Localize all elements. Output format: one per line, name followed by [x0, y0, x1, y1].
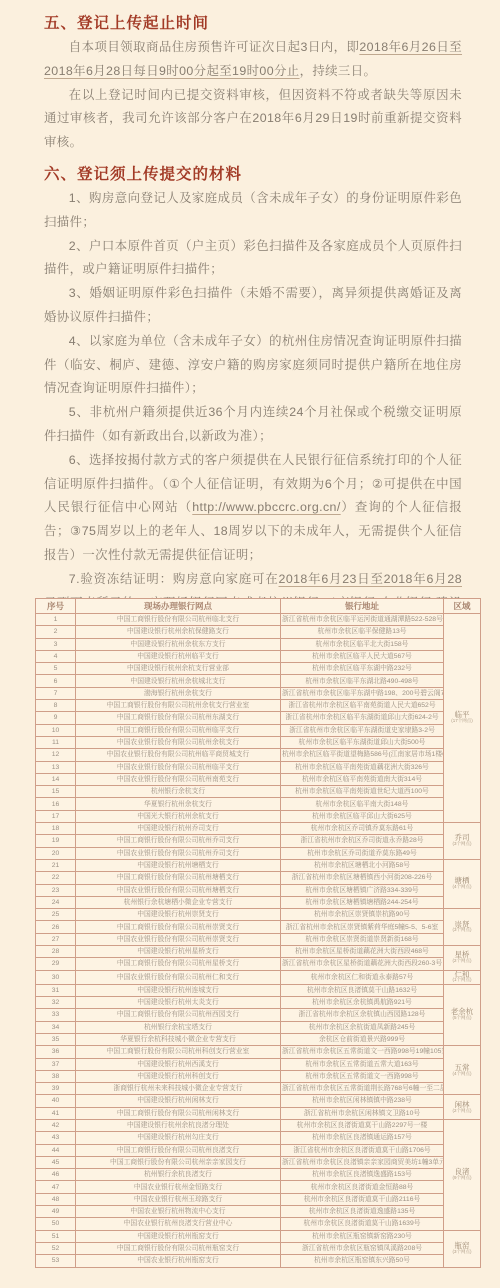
table-row: 12中国农业银行股份有限公司杭州临平商贸城支行杭州市余杭区临平街道望梅路586号…: [36, 749, 481, 761]
bank-name-cell: 杭州银行余杭支行: [76, 786, 281, 798]
row-index-cell: 25: [36, 909, 76, 921]
bank-name-cell: 中国建设银行杭州余杭东方支行: [76, 638, 281, 650]
material-item: 5、非杭州户籍须提供近36个月内连续24个月社保或个税缴交证明原件扫描件（如有新…: [44, 401, 462, 449]
bank-name-cell: 中国农业银行股份有限公司杭州余杭支行: [76, 736, 281, 748]
row-index-cell: 48: [36, 1193, 76, 1205]
bank-address-cell: 浙江省杭州市余杭区瓶窑镇凤溪路208号: [281, 1242, 444, 1254]
row-index-cell: 13: [36, 761, 76, 773]
table-row: 51中国建设银行杭州瓶窑支行杭州市余杭区瓶窑镇新窑路230号瓶窑(3个网点): [36, 1230, 481, 1242]
bank-address-cell: 浙江省杭州市余杭区五常街道荆长路768号6幢一至二层: [281, 1083, 444, 1095]
row-index-cell: 32: [36, 997, 76, 1009]
bank-name-cell: 中国建设银行杭州临平支行: [76, 650, 281, 662]
region-cell: 崇贤(3个网点): [444, 909, 481, 946]
header-row: 序号现场办理银行网点银行地址区域: [36, 599, 481, 614]
bank-name-cell: 中国农业银行杭州物流中心支行: [76, 1206, 281, 1218]
bank-address-cell: 杭州市余杭区临平北大街158号: [281, 638, 444, 650]
bank-address-cell: 杭州市余杭区临平街道望梅路586号(江南家居市场1楼C区): [281, 749, 444, 761]
bank-address-cell: 杭州市余杭区临平东湖中路232号: [281, 663, 444, 675]
region-count: (2个网点): [447, 959, 478, 964]
region-count: (17个网点): [447, 720, 478, 725]
bank-address-cell: 杭州市余杭区临平保健路13号: [281, 626, 444, 638]
bank-address-cell: 杭州市余杭区临平人民大道567号: [281, 650, 444, 662]
row-index-cell: 14: [36, 773, 76, 785]
bank-name-cell: 杭州银行余杭塘栖小微企业专营支行: [76, 896, 281, 908]
row-index-cell: 6: [36, 675, 76, 687]
bank-name-cell: 浙商银行杭州未来科技城小微企业专营支行: [76, 1083, 281, 1095]
row-index-cell: 8: [36, 700, 76, 712]
bank-name-cell: 中国建设银行杭州太炎支行: [76, 997, 281, 1009]
text-segment: 4、以家庭为单位（含未成年子女）的杭州住房情况查询证明原件扫描件（临安、桐庐、建…: [44, 334, 462, 396]
bank-address-cell: 浙江省杭州市余杭区塘栖镇西小河街208-226号: [281, 872, 444, 884]
bank-address-cell: 杭州市余杭区塘栖镇广济路334-339号: [281, 884, 444, 896]
table-row: 18中国建设银行杭州乔司支行杭州市余杭区乔司镇乔莫东路61号乔司(3个网点): [36, 823, 481, 835]
bank-address-cell: 杭州市余杭区闲林镇镇中路238号: [281, 1095, 444, 1107]
region-count: (1个网点): [447, 979, 478, 984]
bank-address-cell: 杭州市余杭区临平东湖街道邱山大街500号: [281, 736, 444, 748]
text-segment: 2、户口本原件首页（户主页）彩色扫描件及各家庭成员个人页原件扫描件，或户籍证明原…: [44, 239, 462, 277]
row-index-cell: 43: [36, 1132, 76, 1144]
bank-name-cell: 中国建设银行杭州崇贤支行: [76, 909, 281, 921]
table-row: 35华夏银行余杭科技城小微企业专营支行余杭区仓前街道景兴路999号: [36, 1033, 481, 1045]
bank-name-cell: 华夏银行杭州余杭支行: [76, 798, 281, 810]
material-item: 1、购房意向登记人及家庭成员（含未成年子女）的身份证明原件彩色扫描件；: [44, 187, 462, 235]
bank-name-cell: 中国农业银行杭州良渚支行营业中心: [76, 1218, 281, 1230]
table-row: 53中国农业银行杭州瓶窑支行杭州市余杭区瓶窑镇东兴路50号: [36, 1255, 481, 1267]
bank-name-cell: 中国建设银行杭州塘栖支行: [76, 859, 281, 871]
column-header: 银行地址: [281, 599, 444, 614]
row-index-cell: 53: [36, 1255, 76, 1267]
table-row: 20中国农业银行股份有限公司杭州乔司支行杭州市余杭区乔司街道乔莫东路49号: [36, 847, 481, 859]
region-count: (2个网点): [447, 1109, 478, 1114]
bank-address-cell: 杭州市余杭区临平南大街148号: [281, 798, 444, 810]
bank-table-header: 序号现场办理银行网点银行地址区域: [36, 599, 481, 614]
bank-name-cell: 华夏银行余杭科技城小微企业专营支行: [76, 1033, 281, 1045]
bank-address-cell: 杭州市余杭区临平邱山大街625号: [281, 810, 444, 822]
bank-name-cell: 中国农业银行杭州玉琮路支行: [76, 1193, 281, 1205]
material-item: 2、户口本原件首页（户主页）彩色扫描件及各家庭成员个人页原件扫描件，或户籍证明原…: [44, 235, 462, 283]
table-row: 31中国建设银行杭州连城支行杭州市余杭区良渚镇莫干山路1632号老余杭(5个网点…: [36, 984, 481, 996]
region-label: 闲林: [445, 1101, 479, 1109]
bank-address-cell: 浙江省杭州市余杭区临平东湖街道邱山大街624-2号: [281, 712, 444, 724]
section5-title: 五、登记上传起止时间: [44, 11, 462, 33]
bank-address-cell: 杭州市余杭区良渚镇逸盛路153号: [281, 1169, 444, 1181]
table-row: 44中国工商银行股份有限公司杭州良渚支行浙江省杭州市余杭区良渚街道莫干山路170…: [36, 1144, 481, 1156]
row-index-cell: 22: [36, 872, 76, 884]
table-row: 38中国建设银行杭州科创支行杭州市余杭区五常街道文一西路998号: [36, 1070, 481, 1082]
text-segment: ，持续三日。: [300, 64, 377, 78]
bank-name-cell: 中国工商银行股份有限公司杭州瓶窑支行: [76, 1242, 281, 1254]
bank-address-cell: 杭州市余杭区良渚街道逸盛路135号: [281, 1206, 444, 1218]
row-index-cell: 50: [36, 1218, 76, 1230]
row-index-cell: 19: [36, 835, 76, 847]
row-index-cell: 31: [36, 984, 76, 996]
row-index-cell: 30: [36, 970, 76, 984]
bank-address-cell: 余杭区仓前街道景兴路999号: [281, 1033, 444, 1045]
bank-address-cell: 杭州市余杭区余杭镇禹航路921号: [281, 997, 444, 1009]
bank-name-cell: 中国建设银行杭州西溪支行: [76, 1058, 281, 1070]
table-row: 26中国工商银行股份有限公司杭州崇贤支行浙江省杭州市余杭区崇贤镇紫荷华庭5幢5-…: [36, 921, 481, 933]
region-count: (5个网点): [447, 1017, 478, 1022]
table-row: 4中国建设银行杭州临平支行杭州市余杭区临平人民大道567号: [36, 650, 481, 662]
region-count: (4个网点): [447, 1072, 478, 1077]
underlined-text: http://www.pbccrc.org.cn/: [192, 500, 340, 514]
row-index-cell: 41: [36, 1107, 76, 1119]
bank-address-cell: 杭州市余杭区星桥街道藕花洲大街西段468号: [281, 946, 444, 958]
row-index-cell: 10: [36, 724, 76, 736]
row-index-cell: 24: [36, 896, 76, 908]
region-cell: 瓶窑(3个网点): [444, 1230, 481, 1267]
table-row: 25中国建设银行杭州崇贤支行杭州市余杭区崇贤镇崇杭路90号崇贤(3个网点): [36, 909, 481, 921]
bank-name-cell: 中国建设银行杭州勾庄支行: [76, 1132, 281, 1144]
bank-name-cell: 中国工商银行股份有限公司杭州临北支行: [76, 614, 281, 626]
bank-name-cell: 中国农业银行股份有限公司杭州崇贤支行: [76, 933, 281, 945]
bank-address-cell: 杭州市余杭区良渚街道莫干山路1639号: [281, 1218, 444, 1230]
bank-address-cell: 浙江省杭州市余杭区临平东湖中路198、200号碧云阁7幢一层: [281, 687, 444, 699]
row-index-cell: 36: [36, 1046, 76, 1058]
table-row: 29中国工商银行股份有限公司杭州星桥支行浙江省杭州市余杭区星桥街道藕花洲大街西段…: [36, 958, 481, 970]
row-index-cell: 44: [36, 1144, 76, 1156]
text-segment: 1、购房意向登记人及家庭成员（含未成年子女）的身份证明原件彩色扫描件；: [44, 191, 462, 229]
region-count: (3个网点): [447, 843, 478, 848]
bank-name-cell: 中国农业银行杭州瓶窑支行: [76, 1255, 281, 1267]
bank-address-cell: 浙江省杭州市余杭区余杭镇山西园路128号: [281, 1009, 444, 1021]
bank-address-cell: 杭州市余杭区乔司街道乔莫东路49号: [281, 847, 444, 859]
bank-name-cell: 中国工商银行股份有限公司杭州乔司支行: [76, 835, 281, 847]
bank-name-cell: 中国建设银行杭州乔司支行: [76, 823, 281, 835]
bank-name-cell: 杭州银行余杭良渚支行: [76, 1169, 281, 1181]
bank-name-cell: 中国建设银行杭州连城支行: [76, 984, 281, 996]
table-row: 11中国农业银行股份有限公司杭州余杭支行杭州市余杭区临平东湖街道邱山大街500号: [36, 736, 481, 748]
bank-name-cell: 中国工商银行股份有限公司杭州余杭支行营业室: [76, 700, 281, 712]
region-cell: 乔司(3个网点): [444, 823, 481, 860]
row-index-cell: 1: [36, 614, 76, 626]
row-index-cell: 5: [36, 663, 76, 675]
bank-name-cell: 杭州银行余杭宝塔支行: [76, 1021, 281, 1033]
row-index-cell: 29: [36, 958, 76, 970]
region-cell: 老余杭(5个网点): [444, 984, 481, 1045]
row-index-cell: 38: [36, 1070, 76, 1082]
table-row: 34杭州银行余杭宝塔支行杭州市余杭区余杭街道凤新路245号: [36, 1021, 481, 1033]
bank-address-cell: 杭州市余杭区良渚镇莫干山路1632号: [281, 984, 444, 996]
region-count: (9个网点): [447, 1176, 478, 1181]
row-index-cell: 20: [36, 847, 76, 859]
row-index-cell: 3: [36, 638, 76, 650]
bank-name-cell: 中国工商银行股份有限公司杭州星桥支行: [76, 958, 281, 970]
bank-name-cell: 中国工商银行股份有限公司杭州临平支行: [76, 724, 281, 736]
text-segment: 5、非杭州户籍须提供近36个月内连续24个月社保或个税缴交证明原件扫描件（如有新…: [44, 405, 462, 443]
region-count: (3个网点): [447, 1250, 478, 1255]
row-index-cell: 26: [36, 921, 76, 933]
bank-address-cell: 浙江省杭州市余杭区五常街道文一西路998号19幢105室: [281, 1046, 444, 1058]
row-index-cell: 17: [36, 810, 76, 822]
table-row: 46杭州银行余杭良渚支行杭州市余杭区良渚镇逸盛路153号: [36, 1169, 481, 1181]
table-row: 8中国工商银行股份有限公司杭州余杭支行营业室浙江省杭州市余杭区临平南苑街道人民大…: [36, 700, 481, 712]
text-segment: 自本项目领取商品住房预售许可证次日起3日内，即: [69, 40, 360, 54]
bank-address-cell: 浙江省杭州市余杭区崇贤镇紫荷华庭5幢5-5、5-6室: [281, 921, 444, 933]
region-count: (4个网点): [447, 886, 478, 891]
table-row: 6中国建设银行杭州余杭城北支行杭州市余杭区临平东湖北路490-498号: [36, 675, 481, 687]
row-index-cell: 52: [36, 1242, 76, 1254]
bank-name-cell: 中国建设银行杭州闲林支行: [76, 1095, 281, 1107]
text-segment: 3、婚姻证明原件彩色扫描件（未婚不需要），离异须提供离婚证及离婚协议原件扫描件；: [44, 286, 462, 324]
table-row: 28中国建设银行杭州星桥支行杭州市余杭区星桥街道藕花洲大街西段468号星桥(2个…: [36, 946, 481, 958]
bank-name-cell: 中国农业银行杭州金恒路支行: [76, 1181, 281, 1193]
table-row: 45中国工商银行股份有限公司杭州亲亲家园支行浙江省杭州市余杭区良渚镇亲亲家园商贸…: [36, 1156, 481, 1168]
row-index-cell: 27: [36, 933, 76, 945]
bank-name-cell: 中国建设银行杭州余杭良渚分理处: [76, 1120, 281, 1132]
bank-name-cell: 中国建设银行杭州余杭支行营业部: [76, 663, 281, 675]
section5-paragraphs: 自本项目领取商品住房预售许可证次日起3日内，即2018年6月26日至2018年6…: [44, 36, 462, 155]
bank-address-cell: 杭州市余杭区临平南苑街道藕花洲大街326号: [281, 761, 444, 773]
bank-address-cell: 杭州市余杭区临平南苑街道南大街314号: [281, 773, 444, 785]
table-row: 23中国农业银行股份有限公司杭州塘栖支行杭州市余杭区塘栖镇广济路334-339号: [36, 884, 481, 896]
row-index-cell: 9: [36, 712, 76, 724]
bank-address-cell: 杭州市余杭区临平南苑街道世纪大道西100号: [281, 786, 444, 798]
row-index-cell: 2: [36, 626, 76, 638]
bank-address-cell: 杭州市余杭区乔司镇乔莫东路61号: [281, 823, 444, 835]
bank-address-cell: 杭州市余杭区五常街道文一西路998号: [281, 1070, 444, 1082]
row-index-cell: 47: [36, 1181, 76, 1193]
bank-name-cell: 中国光大银行杭州余杭支行: [76, 810, 281, 822]
bank-name-cell: 中国建设银行杭州科创支行: [76, 1070, 281, 1082]
bank-name-cell: 中国农业银行股份有限公司杭州塘栖支行: [76, 884, 281, 896]
region-cell: 塘栖(4个网点): [444, 859, 481, 908]
material-item: 6、选择按揭付款方式的客户须提供在人民银行征信系统打印的个人征信证明原件扫描件。…: [44, 449, 462, 568]
bank-address-cell: 浙江省杭州市余杭区闲林镇文卫路10号: [281, 1107, 444, 1119]
table-row: 27中国农业银行股份有限公司杭州崇贤支行杭州市余杭区崇贤街道崇贤新街168号: [36, 933, 481, 945]
bank-name-cell: 中国建设银行杭州余杭城北支行: [76, 675, 281, 687]
text-segment: 在以上登记时间内已提交资料审核，但因资料不符或者缺失等原因未通过审核者，我司允许…: [44, 88, 462, 150]
bank-table-body: 1中国工商银行股份有限公司杭州临北支行浙江省杭州市余杭区临平运河街道通湖潭路52…: [36, 614, 481, 1268]
column-header: 区域: [444, 599, 481, 614]
table-row: 21中国建设银行杭州塘栖支行杭州市余杭区塘栖北小河路58号塘栖(4个网点): [36, 859, 481, 871]
bank-address-cell: 浙江省杭州市余杭区良渚街道莫干山路1706号: [281, 1144, 444, 1156]
notice-paragraph: 自本项目领取商品住房预售许可证次日起3日内，即2018年6月26日至2018年6…: [44, 36, 462, 84]
bank-name-cell: 中国农业银行股份有限公司杭州南苑支行: [76, 773, 281, 785]
bank-name-cell: 中国建设银行杭州瓶窑支行: [76, 1230, 281, 1242]
table-row: 22中国工商银行股份有限公司杭州塘栖支行浙江省杭州市余杭区塘栖镇西小河街208-…: [36, 872, 481, 884]
row-index-cell: 15: [36, 786, 76, 798]
material-item: 7.验资冻结证明：购房意向家庭可在2018年6月23日至2018年6月28日到下…: [44, 568, 462, 598]
bank-address-cell: 杭州市余杭区良渚街道莫干山路2116号: [281, 1193, 444, 1205]
row-index-cell: 51: [36, 1230, 76, 1242]
text-segment: 7.验资冻结证明：购房意向家庭可在: [69, 572, 279, 586]
row-index-cell: 16: [36, 798, 76, 810]
table-row: 14中国农业银行股份有限公司杭州南苑支行杭州市余杭区临平南苑街道南大街314号: [36, 773, 481, 785]
bank-name-cell: 中国建设银行杭州余杭保健路支行: [76, 626, 281, 638]
bank-name-cell: 中国工商银行股份有限公司杭州崇贤支行: [76, 921, 281, 933]
row-index-cell: 40: [36, 1095, 76, 1107]
row-index-cell: 33: [36, 1009, 76, 1021]
bank-address-cell: 浙江省杭州市余杭区临平东湖街道史家埭路3-2号: [281, 724, 444, 736]
section6-items: 1、购房意向登记人及家庭成员（含未成年子女）的身份证明原件彩色扫描件；2、户口本…: [44, 187, 462, 598]
row-index-cell: 35: [36, 1033, 76, 1045]
row-index-cell: 12: [36, 749, 76, 761]
table-row: 32中国建设银行杭州太炎支行杭州市余杭区余杭镇禹航路921号: [36, 997, 481, 1009]
bank-address-cell: 杭州市余杭区良渚街道莫干山路2297号一楼: [281, 1120, 444, 1132]
region-cell: 星桥(2个网点): [444, 946, 481, 971]
table-row: 42中国建设银行杭州余杭良渚分理处杭州市余杭区良渚街道莫干山路2297号一楼良渚…: [36, 1120, 481, 1132]
bank-address-cell: 浙江省杭州市余杭区临平南苑街道人民大道652号: [281, 700, 444, 712]
row-index-cell: 21: [36, 859, 76, 871]
material-item: 3、婚姻证明原件彩色扫描件（未婚不需要），离异须提供离婚证及离婚协议原件扫描件；: [44, 282, 462, 330]
bank-name-cell: 渤海银行杭州余杭支行: [76, 687, 281, 699]
table-row: 37中国建设银行杭州西溪支行杭州市余杭区五常街道五常大道163号: [36, 1058, 481, 1070]
bank-address-cell: 杭州市余杭区临平东湖北路490-498号: [281, 675, 444, 687]
table-row: 5中国建设银行杭州余杭支行营业部杭州市余杭区临平东湖中路232号: [36, 663, 481, 675]
row-index-cell: 34: [36, 1021, 76, 1033]
column-header: 现场办理银行网点: [76, 599, 281, 614]
bank-address-cell: 杭州市余杭区瓶窑镇新窑路230号: [281, 1230, 444, 1242]
notice-paragraph: 在以上登记时间内已提交资料审核，但因资料不符或者缺失等原因未通过审核者，我司允许…: [44, 84, 462, 155]
table-row: 7渤海银行杭州余杭支行浙江省杭州市余杭区临平东湖中路198、200号碧云阁7幢一…: [36, 687, 481, 699]
row-index-cell: 18: [36, 823, 76, 835]
table-row: 39浙商银行杭州未来科技城小微企业专营支行浙江省杭州市余杭区五常街道荆长路768…: [36, 1083, 481, 1095]
table-row: 16华夏银行杭州余杭支行杭州市余杭区临平南大街148号: [36, 798, 481, 810]
table-row: 49中国农业银行杭州物流中心支行杭州市余杭区良渚街道逸盛路135号: [36, 1206, 481, 1218]
table-row: 48中国农业银行杭州玉琮路支行杭州市余杭区良渚街道莫干山路2116号: [36, 1193, 481, 1205]
table-row: 33中国工商银行股份有限公司杭州西园支行浙江省杭州市余杭区余杭镇山西园路128号: [36, 1009, 481, 1021]
table-row: 17中国光大银行杭州余杭支行杭州市余杭区临平邱山大街625号: [36, 810, 481, 822]
column-header: 序号: [36, 599, 76, 614]
region-cell: 闲林(2个网点): [444, 1095, 481, 1120]
region-cell: 良渚(9个网点): [444, 1120, 481, 1231]
table-row: 9中国工商银行股份有限公司杭州东湖支行浙江省杭州市余杭区临平东湖街道邱山大街62…: [36, 712, 481, 724]
row-index-cell: 28: [36, 946, 76, 958]
row-index-cell: 23: [36, 884, 76, 896]
region-cell: 临平(17个网点): [444, 614, 481, 823]
table-row: 50中国农业银行杭州良渚支行营业中心杭州市余杭区良渚街道莫干山路1639号: [36, 1218, 481, 1230]
bank-address-cell: 杭州市余杭区良渚街道金恒路88号: [281, 1181, 444, 1193]
bank-address-cell: 杭州市余杭区崇贤街道崇贤新街168号: [281, 933, 444, 945]
bank-address-cell: 杭州市余杭区良渚镇通运路157号: [281, 1132, 444, 1144]
table-row: 13中国农业银行股份有限公司杭州临平支行杭州市余杭区临平南苑街道藕花洲大街326…: [36, 761, 481, 773]
bank-name-cell: 中国工商银行股份有限公司杭州亲亲家园支行: [76, 1156, 281, 1168]
bank-branch-table: 序号现场办理银行网点银行地址区域 1中国工商银行股份有限公司杭州临北支行浙江省杭…: [35, 598, 481, 1268]
bank-address-cell: 浙江省杭州市余杭区临平运河街道通湖潭路522-528号: [281, 614, 444, 626]
bank-address-cell: 杭州市余杭区余杭街道凤新路245号: [281, 1021, 444, 1033]
table-row: 43中国建设银行杭州勾庄支行杭州市余杭区良渚镇通运路157号: [36, 1132, 481, 1144]
table-row: 30中国农业银行股份有限公司杭州仁和支行杭州市余杭区仁和街道永泰路57号仁和(1…: [36, 970, 481, 984]
bank-name-cell: 中国工商银行股份有限公司杭州西园支行: [76, 1009, 281, 1021]
table-row: 3中国建设银行杭州余杭东方支行杭州市余杭区临平北大街158号: [36, 638, 481, 650]
bank-address-cell: 杭州市余杭区塘栖北小河路58号: [281, 859, 444, 871]
bank-name-cell: 中国农业银行股份有限公司杭州临平支行: [76, 761, 281, 773]
row-index-cell: 39: [36, 1083, 76, 1095]
text-segment: 到下表所示的53家现场银行网点或者杭州银行/工商银行/农业银行/建设银行/光大银…: [44, 596, 462, 598]
bank-name-cell: 中国工商银行股份有限公司杭州塘栖支行: [76, 872, 281, 884]
table-row: 40中国建设银行杭州闲林支行杭州市余杭区闲林镇镇中路238号闲林(2个网点): [36, 1095, 481, 1107]
bank-address-cell: 杭州市余杭区仁和街道永泰路57号: [281, 970, 444, 984]
table-row: 2中国建设银行杭州余杭保健路支行杭州市余杭区临平保健路13号: [36, 626, 481, 638]
bank-name-cell: 中国工商银行股份有限公司杭州科创支行营业室: [76, 1046, 281, 1058]
table-row: 15杭州银行余杭支行杭州市余杭区临平南苑街道世纪大道西100号: [36, 786, 481, 798]
bank-address-cell: 浙江省杭州市余杭区乔司街道永乔路28号: [281, 835, 444, 847]
row-index-cell: 49: [36, 1206, 76, 1218]
bank-name-cell: 中国农业银行股份有限公司杭州乔司支行: [76, 847, 281, 859]
row-index-cell: 7: [36, 687, 76, 699]
bank-address-cell: 浙江省杭州市余杭区良渚镇亲亲家园商贸美坊1幢3单元101室: [281, 1156, 444, 1168]
bank-name-cell: 中国工商银行股份有限公司杭州良渚支行: [76, 1144, 281, 1156]
bank-address-cell: 杭州市余杭区崇贤镇崇杭路90号: [281, 909, 444, 921]
row-index-cell: 42: [36, 1120, 76, 1132]
row-index-cell: 11: [36, 736, 76, 748]
region-cell: 五常(4个网点): [444, 1046, 481, 1095]
table-row: 24杭州银行余杭塘栖小微企业专营支行杭州市余杭区塘栖镇塘栖路244-254号: [36, 896, 481, 908]
bank-name-cell: 中国工商银行股份有限公司杭州闲林支行: [76, 1107, 281, 1119]
region-count: (3个网点): [447, 929, 478, 934]
bank-address-cell: 杭州市余杭区塘栖镇塘栖路244-254号: [281, 896, 444, 908]
table-row: 36中国工商银行股份有限公司杭州科创支行营业室浙江省杭州市余杭区五常街道文一西路…: [36, 1046, 481, 1058]
table-row: 52中国工商银行股份有限公司杭州瓶窑支行浙江省杭州市余杭区瓶窑镇凤溪路208号: [36, 1242, 481, 1254]
bank-address-cell: 杭州市余杭区五常街道五常大道163号: [281, 1058, 444, 1070]
bank-name-cell: 中国农业银行股份有限公司杭州仁和支行: [76, 970, 281, 984]
table-row: 19中国工商银行股份有限公司杭州乔司支行浙江省杭州市余杭区乔司街道永乔路28号: [36, 835, 481, 847]
row-index-cell: 37: [36, 1058, 76, 1070]
region-cell: 仁和(1个网点): [444, 970, 481, 984]
bank-address-cell: 浙江省杭州市余杭区星桥街道藕花洲大街西段260-3号: [281, 958, 444, 970]
bank-name-cell: 中国建设银行杭州星桥支行: [76, 946, 281, 958]
row-index-cell: 46: [36, 1169, 76, 1181]
row-index-cell: 45: [36, 1156, 76, 1168]
table-row: 41中国工商银行股份有限公司杭州闲林支行浙江省杭州市余杭区闲林镇文卫路10号: [36, 1107, 481, 1119]
table-row: 10中国工商银行股份有限公司杭州临平支行浙江省杭州市余杭区临平东湖街道史家埭路3…: [36, 724, 481, 736]
row-index-cell: 4: [36, 650, 76, 662]
bank-address-cell: 杭州市余杭区瓶窑镇东兴路50号: [281, 1255, 444, 1267]
material-item: 4、以家庭为单位（含未成年子女）的杭州住房情况查询证明原件扫描件（临安、桐庐、建…: [44, 330, 462, 401]
bank-name-cell: 中国农业银行股份有限公司杭州临平商贸城支行: [76, 749, 281, 761]
table-row: 1中国工商银行股份有限公司杭州临北支行浙江省杭州市余杭区临平运河街道通湖潭路52…: [36, 614, 481, 626]
section6-title: 六、登记须上传提交的材料: [44, 162, 462, 184]
bank-name-cell: 中国工商银行股份有限公司杭州东湖支行: [76, 712, 281, 724]
table-row: 47中国农业银行杭州金恒路支行杭州市余杭区良渚街道金恒路88号: [36, 1181, 481, 1193]
notice-text-block: 五、登记上传起止时间 自本项目领取商品住房预售许可证次日起3日内，即2018年6…: [0, 0, 500, 598]
